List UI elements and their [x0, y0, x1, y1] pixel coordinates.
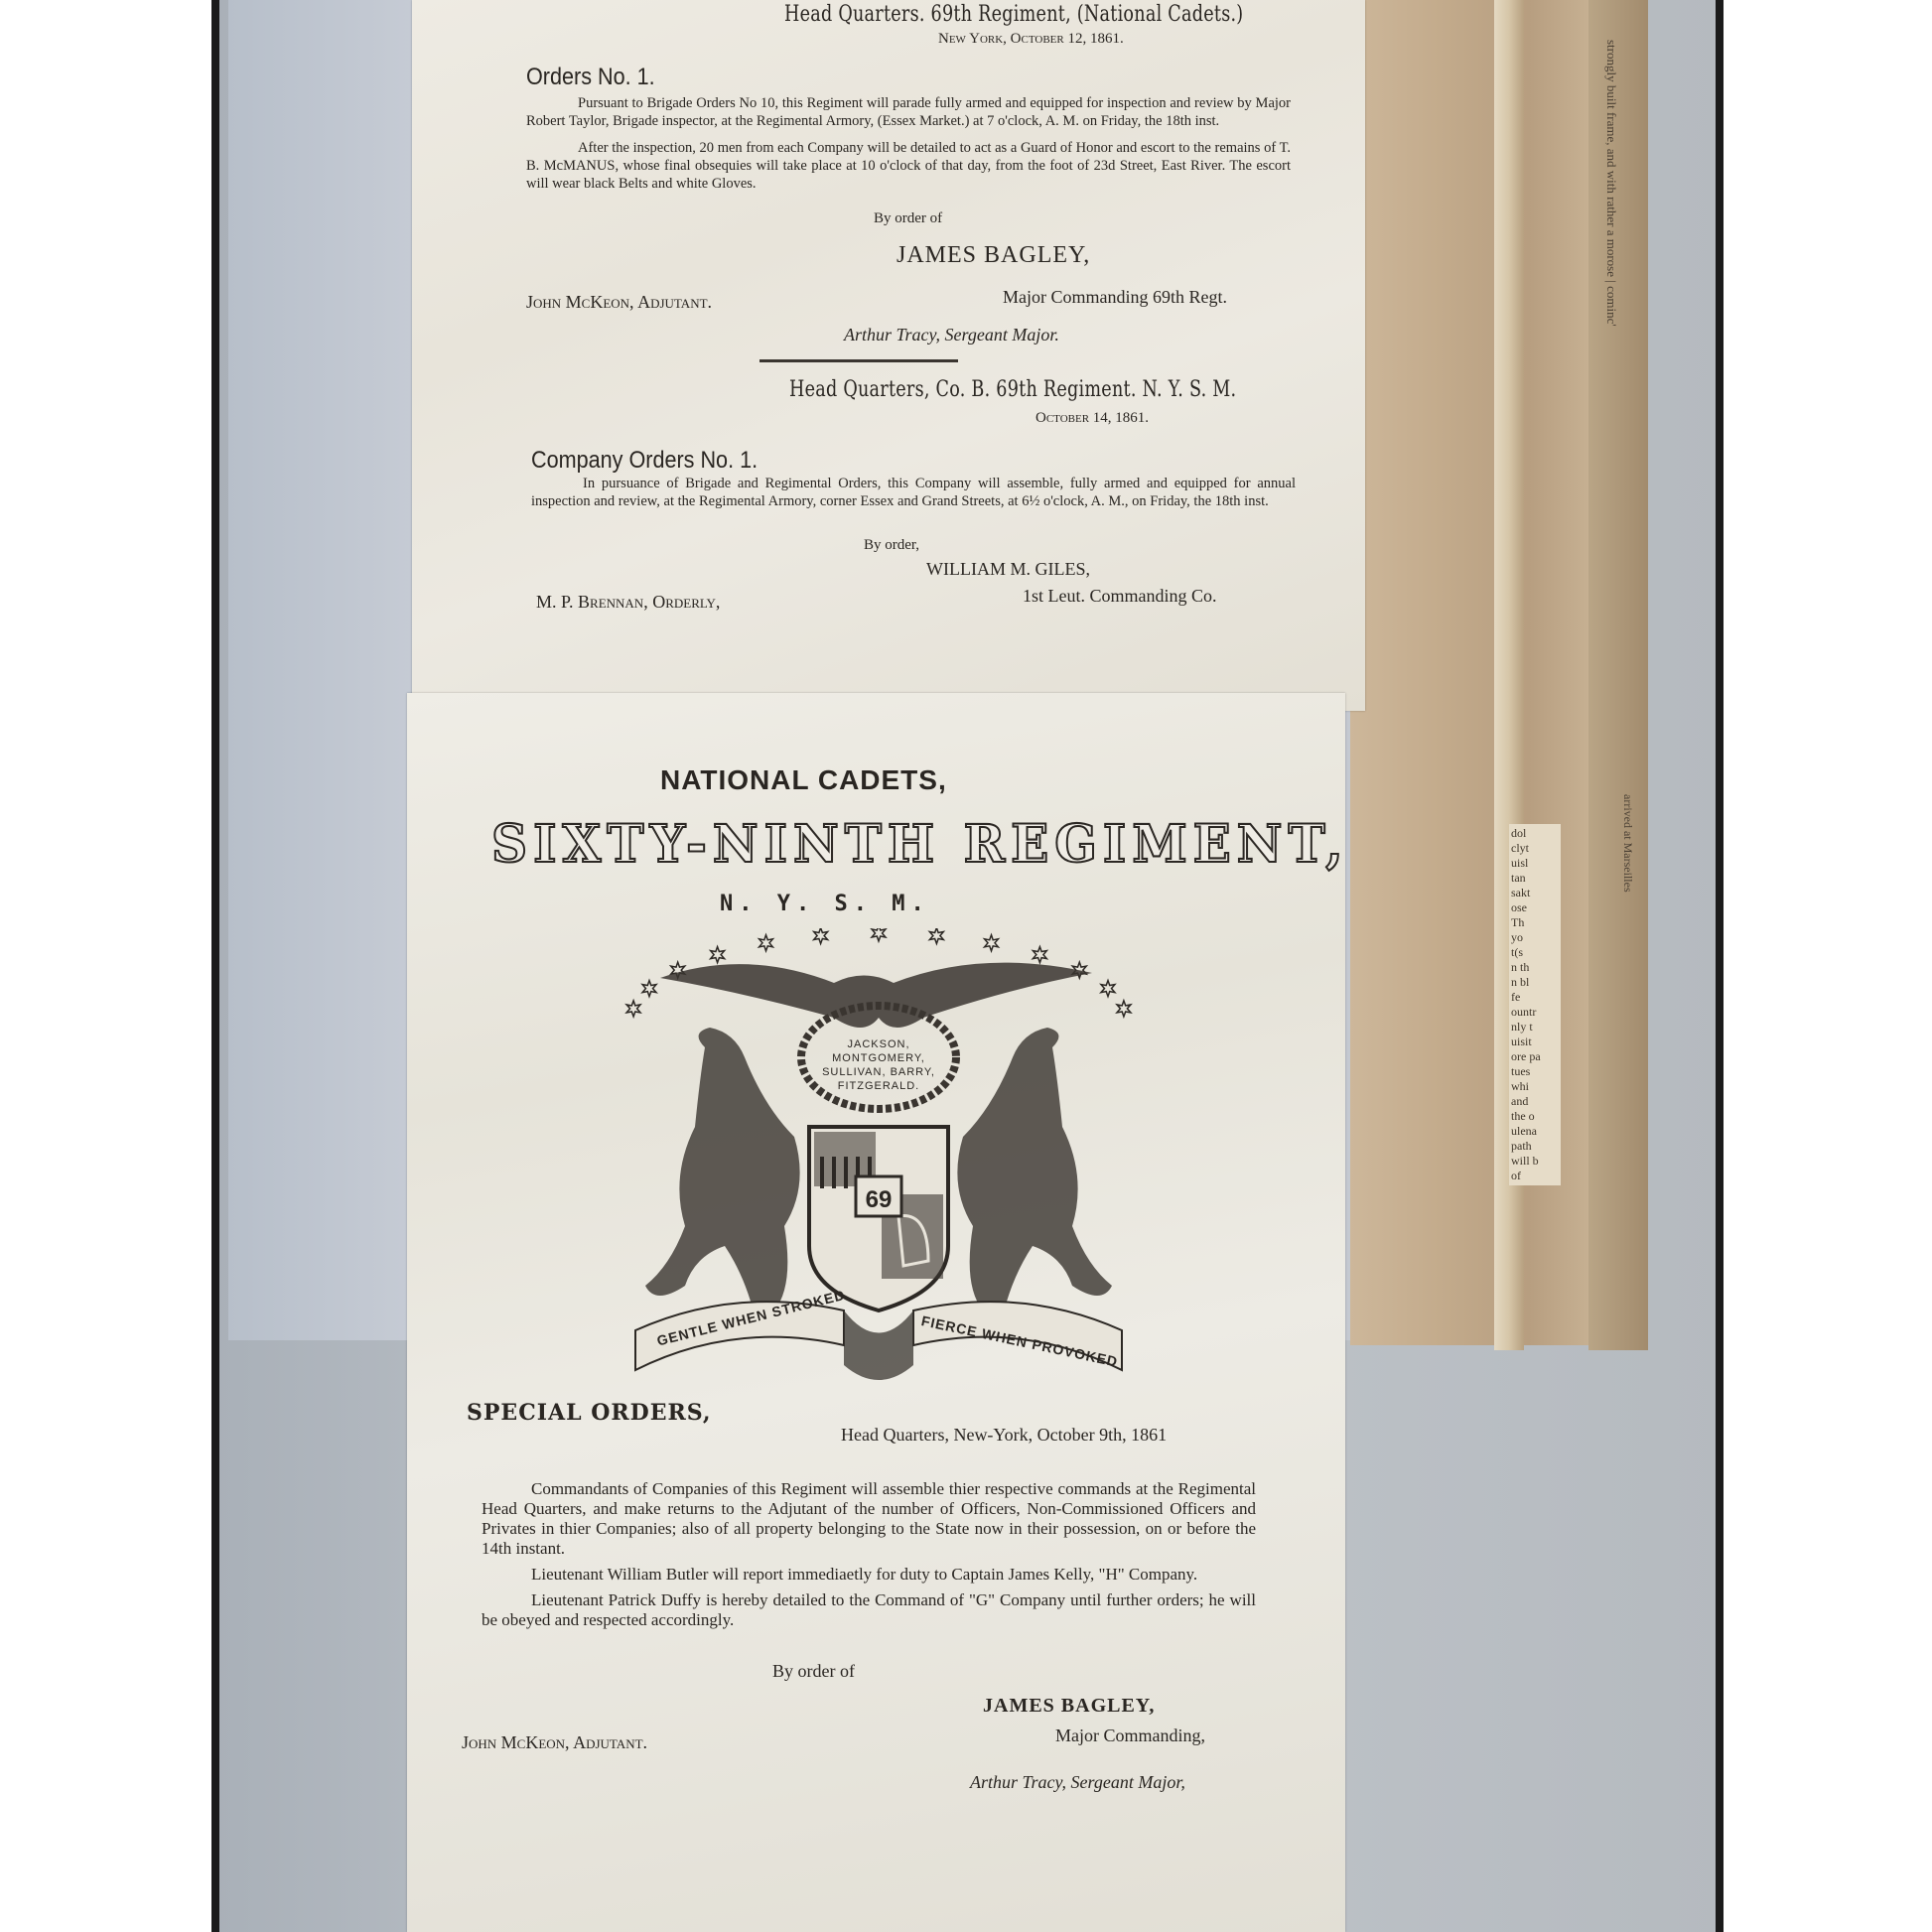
- clipping-line: dol: [1511, 826, 1559, 841]
- wreath-name: SULLIVAN, BARRY,: [819, 1065, 938, 1079]
- eagle-icon: [660, 963, 1092, 1028]
- company-orders-body: In pursuance of Brigade and Regimental O…: [531, 475, 1296, 510]
- clipping-line: and: [1511, 1094, 1559, 1109]
- newspaper-clipping-fragment: dolclytuisltansaktoseThyot(sn thn blfeou…: [1509, 824, 1561, 1185]
- sergeant-signature: Arthur Tracy, Sergeant Major.: [844, 325, 1059, 345]
- national-cadets-title: NATIONAL CADETS,: [660, 764, 947, 796]
- wreath-names: JACKSON, MONTGOMERY, SULLIVAN, BARRY, FI…: [819, 1037, 938, 1093]
- section-divider: [759, 359, 958, 362]
- special-sergeant-signature: Arthur Tracy, Sergeant Major,: [970, 1772, 1185, 1793]
- special-orders-title: SPECIAL ORDERS,: [467, 1400, 712, 1426]
- commander-name: JAMES BAGLEY,: [897, 242, 1090, 269]
- wreath-name: JACKSON,: [819, 1037, 938, 1051]
- clipping-line: n th: [1511, 960, 1559, 975]
- clipping-line: nly t: [1511, 1020, 1559, 1035]
- clipping-line: path: [1511, 1139, 1559, 1154]
- orders-paragraph: Pursuant to Brigade Orders No 10, this R…: [526, 94, 1291, 130]
- newspaper-clipping-spine: strongly built frame, and with rather a …: [1600, 40, 1622, 457]
- left-wolfhound-icon: [645, 1028, 800, 1315]
- clipping-line: tan: [1511, 871, 1559, 886]
- clipping-line: Th: [1511, 915, 1559, 930]
- shield-number: 69: [866, 1186, 893, 1213]
- clipping-line: y wort: [1511, 1183, 1559, 1185]
- clipping-line: ose: [1511, 900, 1559, 915]
- clipping-line: fe: [1511, 990, 1559, 1005]
- clipping-line: uisit: [1511, 1035, 1559, 1049]
- orders-body: Pursuant to Brigade Orders No 10, this R…: [526, 94, 1291, 193]
- special-adjutant-signature: John McKeon, Adjutant.: [462, 1732, 647, 1753]
- orderly-signature: M. P. Brennan, Orderly,: [536, 592, 720, 613]
- clipping-line: t(s: [1511, 945, 1559, 960]
- wreath-name: MONTGOMERY,: [819, 1051, 938, 1065]
- clipping-line: whi: [1511, 1079, 1559, 1094]
- clipping-line: n bl: [1511, 975, 1559, 990]
- right-wolfhound-icon: [957, 1028, 1112, 1315]
- adjutant-signature: John McKeon, Adjutant.: [526, 292, 712, 313]
- scan-border-left: [211, 0, 219, 1932]
- sixty-ninth-regiment-title: SIXTY-NINTH REGIMENT,: [491, 813, 1349, 875]
- regimental-orders-sheet: Head Quarters. 69th Regiment, (National …: [412, 0, 1365, 711]
- company-orders-title: Company Orders No. 1.: [531, 447, 758, 475]
- shamrock-cluster-icon: [844, 1311, 913, 1380]
- clipping-line: uisl: [1511, 856, 1559, 871]
- company-orders-paragraph: In pursuance of Brigade and Regimental O…: [531, 475, 1296, 510]
- nysm-subtitle: N. Y. S. M.: [720, 892, 930, 916]
- commander-title: Major Commanding 69th Regt.: [1003, 287, 1227, 308]
- headquarters-heading: Head Quarters. 69th Regiment, (National …: [784, 2, 1243, 27]
- orders-title: Orders No. 1.: [526, 64, 655, 91]
- clipping-line: will b: [1511, 1154, 1559, 1169]
- special-by-order-label: By order of: [772, 1661, 855, 1682]
- clipping-line: of: [1511, 1169, 1559, 1183]
- clipping-line: yo: [1511, 930, 1559, 945]
- special-orders-body: Commandants of Companies of this Regimen…: [482, 1479, 1256, 1630]
- clipping-line: ountr: [1511, 1005, 1559, 1020]
- company-commander-name: WILLIAM M. GILES,: [926, 559, 1090, 580]
- special-orders-paragraph: Lieutenant William Butler will report im…: [482, 1565, 1256, 1585]
- scan-border-right: [1716, 0, 1724, 1932]
- clipping-line: tues: [1511, 1064, 1559, 1079]
- orders-paragraph: After the inspection, 20 men from each C…: [526, 139, 1291, 193]
- wreath-name: FITZGERALD.: [819, 1079, 938, 1093]
- newspaper-clipping-vertical: arrived at Marseilles: [1615, 794, 1635, 953]
- company-commander-title: 1st Leut. Commanding Co.: [1023, 586, 1217, 607]
- special-orders-place-date: Head Quarters, New-York, October 9th, 18…: [841, 1425, 1167, 1446]
- special-orders-paragraph: Commandants of Companies of this Regimen…: [482, 1479, 1256, 1559]
- clipping-line: ore pa: [1511, 1049, 1559, 1064]
- company-heading: Head Quarters, Co. B. 69th Regiment. N. …: [789, 377, 1236, 402]
- special-commander-name: JAMES BAGLEY,: [983, 1695, 1155, 1718]
- special-commander-title: Major Commanding,: [1055, 1725, 1205, 1746]
- place-date: New York, October 12, 1861.: [938, 31, 1124, 48]
- clipping-line: clyt: [1511, 841, 1559, 856]
- company-by-order-label: By order,: [864, 537, 919, 554]
- clipping-line: the o: [1511, 1109, 1559, 1124]
- company-date: October 14, 1861.: [1035, 410, 1149, 427]
- by-order-label: By order of: [874, 210, 942, 227]
- clipping-line: ulena: [1511, 1124, 1559, 1139]
- special-orders-paragraph: Lieutenant Patrick Duffy is hereby detai…: [482, 1590, 1256, 1630]
- clipping-line: sakt: [1511, 886, 1559, 900]
